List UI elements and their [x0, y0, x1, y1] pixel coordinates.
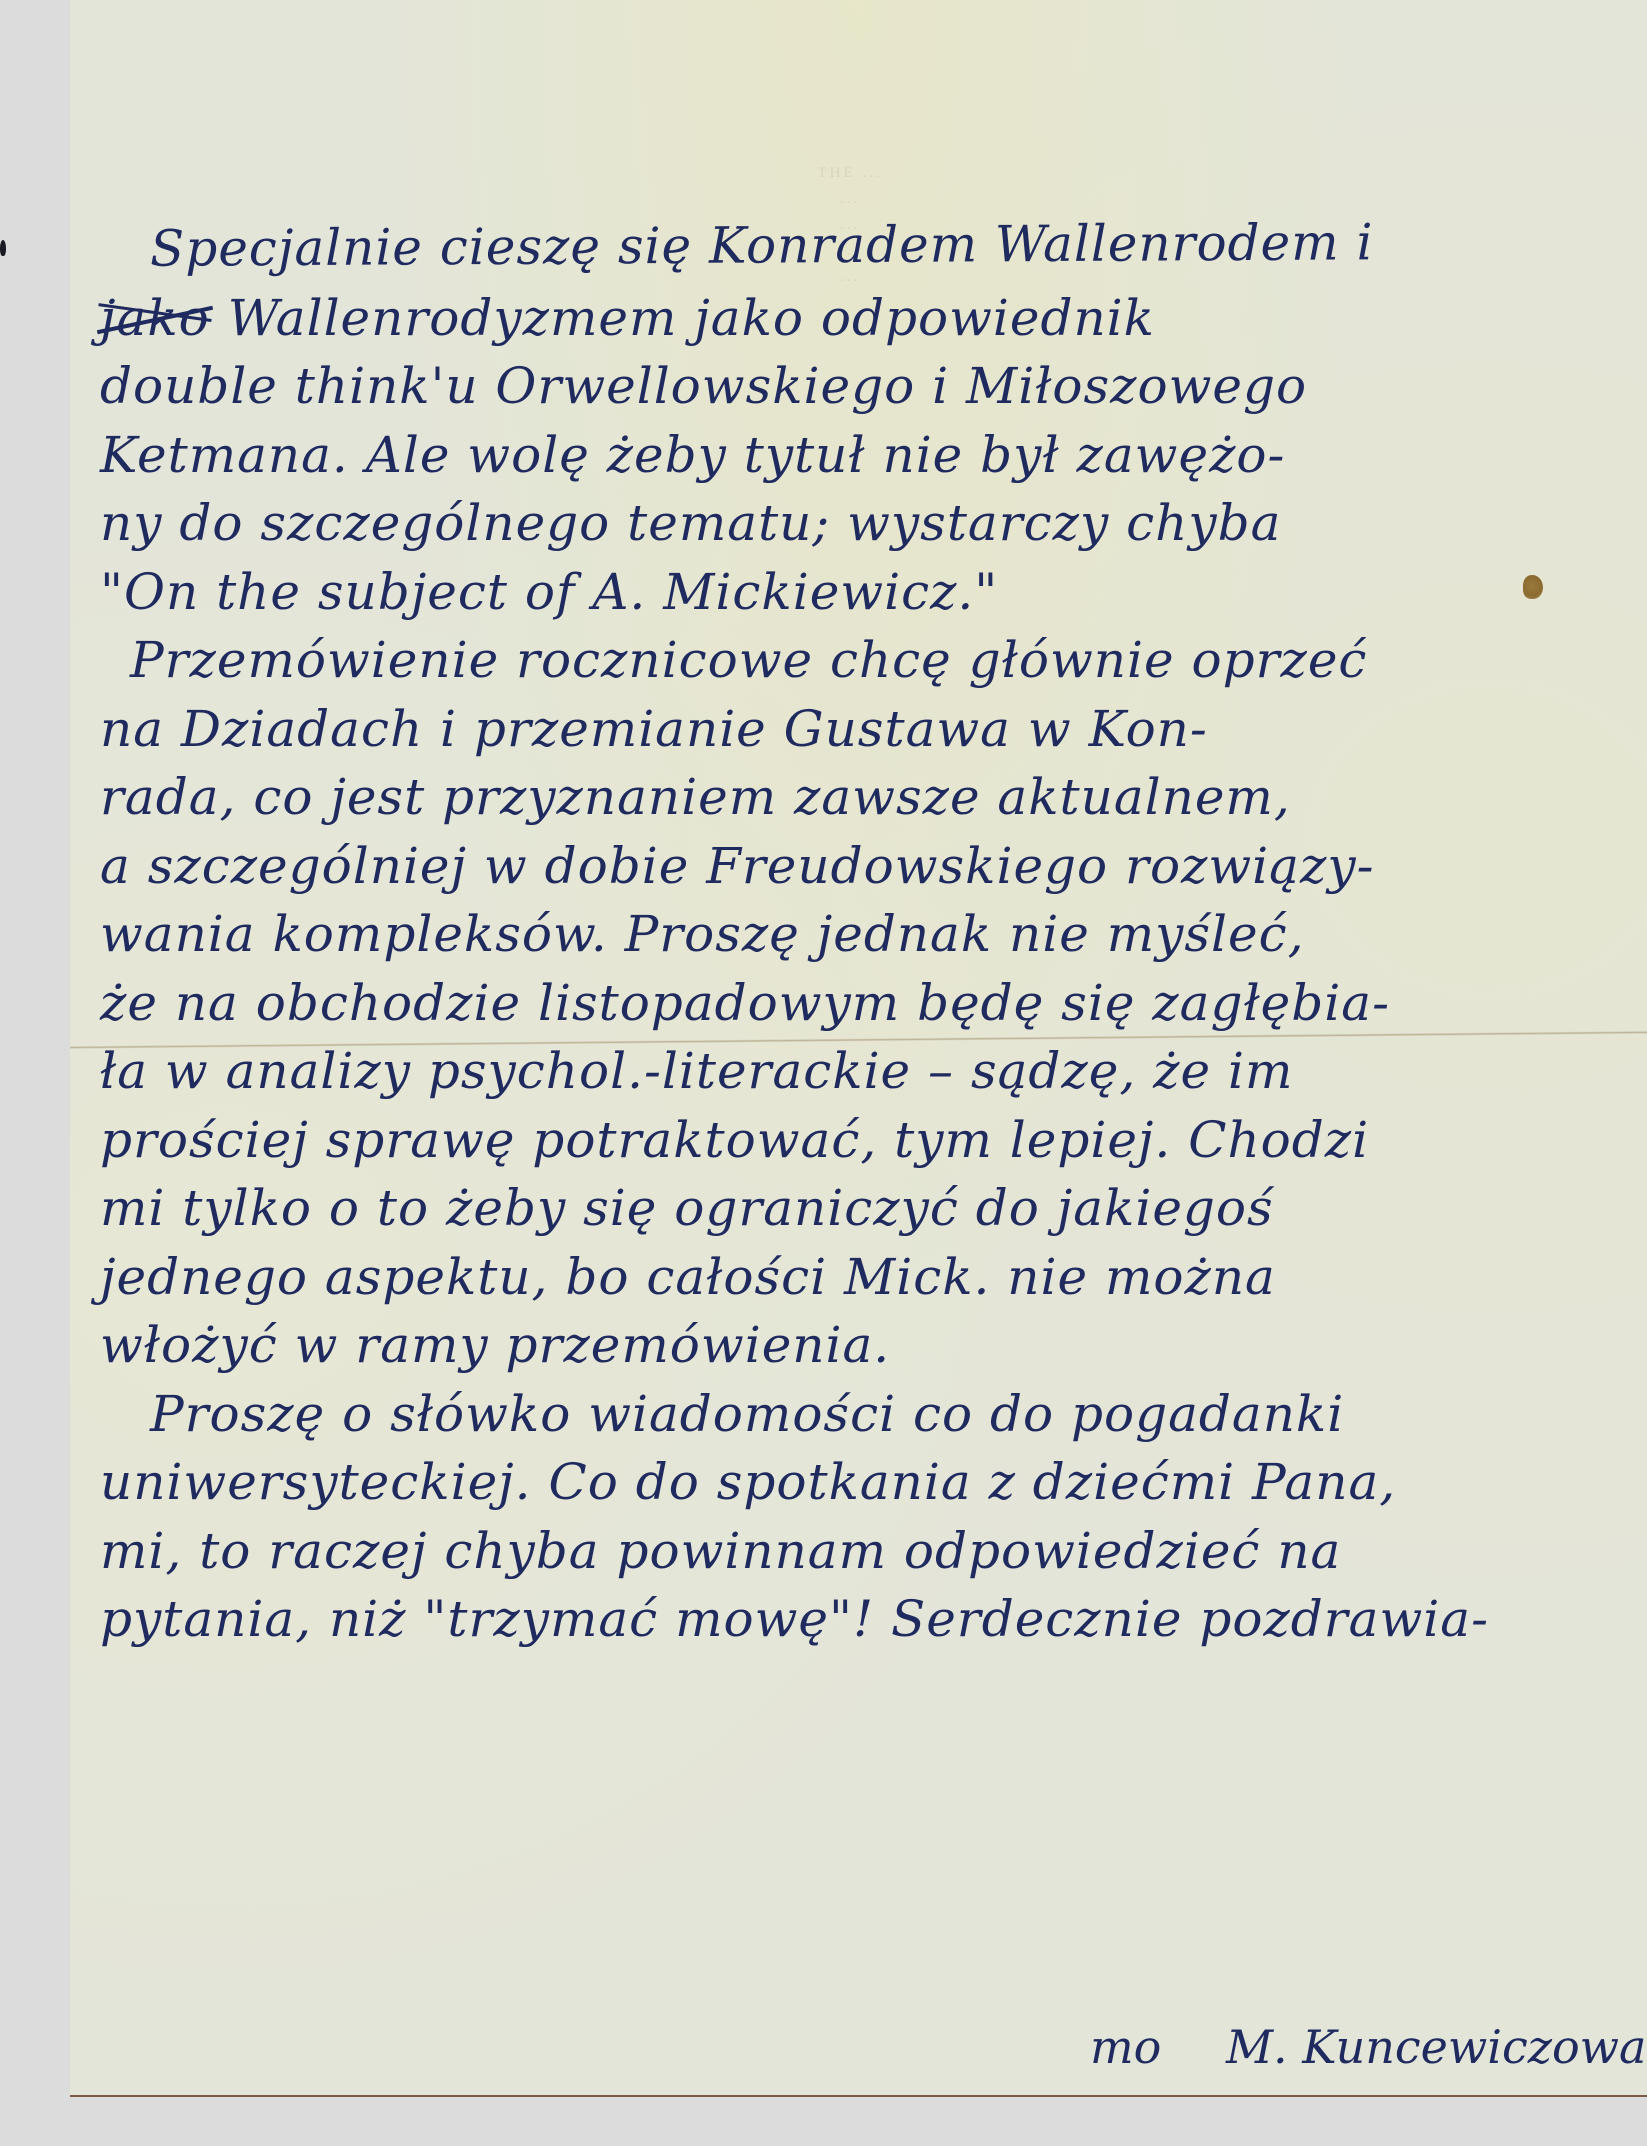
- handwritten-line: double think'u Orwellowskiego i Miłoszow…: [100, 352, 1630, 421]
- handwritten-line: mi, to raczej chyba powinnam odpowiedzie…: [100, 1517, 1630, 1586]
- handwritten-line: włożyć w ramy przemówienia.: [100, 1311, 1630, 1380]
- handwritten-line: ła w analizy psychol.-literackie – sądzę…: [100, 1037, 1630, 1106]
- handwritten-line: a szczególniej w dobie Freudowskiego roz…: [100, 832, 1630, 901]
- handwritten-line: uniwersyteckiej. Co do spotkania z dzieć…: [100, 1448, 1630, 1517]
- handwritten-line: Specjalnie cieszę się Konradem Wallenrod…: [100, 207, 1630, 284]
- handwritten-line: pytania, niż "trzymać mowę"! Serdecznie …: [100, 1585, 1630, 1654]
- closing-word: mo: [1090, 2020, 1161, 2074]
- handwritten-line: rada, co jest przyznaniem zawsze aktualn…: [100, 763, 1630, 832]
- handwritten-line: Przemówienie rocznicowe chcę głównie opr…: [100, 626, 1630, 695]
- handwritten-line: ny do szczególnego tematu; wystarczy chy…: [100, 489, 1630, 558]
- line-text: Wallenrodyzmem jako odpowiednik: [228, 289, 1155, 347]
- handwritten-line: Ketmana. Ale wolę żeby tytuł nie był zaw…: [100, 421, 1630, 490]
- handwritten-line: jednego aspektu, bo całości Mick. nie mo…: [100, 1243, 1630, 1312]
- letter-paper: THE ... ... ... ... ... Specjalnie ciesz…: [70, 0, 1647, 2097]
- signature: M. Kuncewiczowa: [1226, 2020, 1647, 2074]
- handwritten-line: mi tylko o to żeby się ograniczyć do jak…: [100, 1174, 1630, 1243]
- handwritten-line: wania kompleksów. Proszę jednak nie myśl…: [100, 900, 1630, 969]
- handwritten-line: prościej sprawę potraktować, tym lepiej.…: [100, 1106, 1630, 1175]
- handwritten-line: "On the subject of A. Mickiewicz.": [100, 558, 1630, 627]
- handwritten-line: Proszę o słówko wiadomości co do pogadan…: [100, 1380, 1630, 1449]
- signature-block: mo M. Kuncewiczowa: [1090, 2020, 1646, 2074]
- crossed-out-word: jako: [100, 284, 210, 352]
- handwritten-line: jakoWallenrodyzmem jako odpowiednik: [100, 284, 1630, 353]
- handwritten-line: że na obchodzie listopadowym będę się za…: [100, 969, 1630, 1038]
- margin-ink-mark: [0, 240, 6, 256]
- letterhead-line: THE ...: [630, 160, 1070, 186]
- handwritten-line: na Dziadach i przemianie Gustawa w Kon-: [100, 695, 1630, 764]
- letter-body: Specjalnie cieszę się Konradem Wallenrod…: [100, 215, 1630, 1654]
- letterhead-line: ...: [630, 186, 1070, 212]
